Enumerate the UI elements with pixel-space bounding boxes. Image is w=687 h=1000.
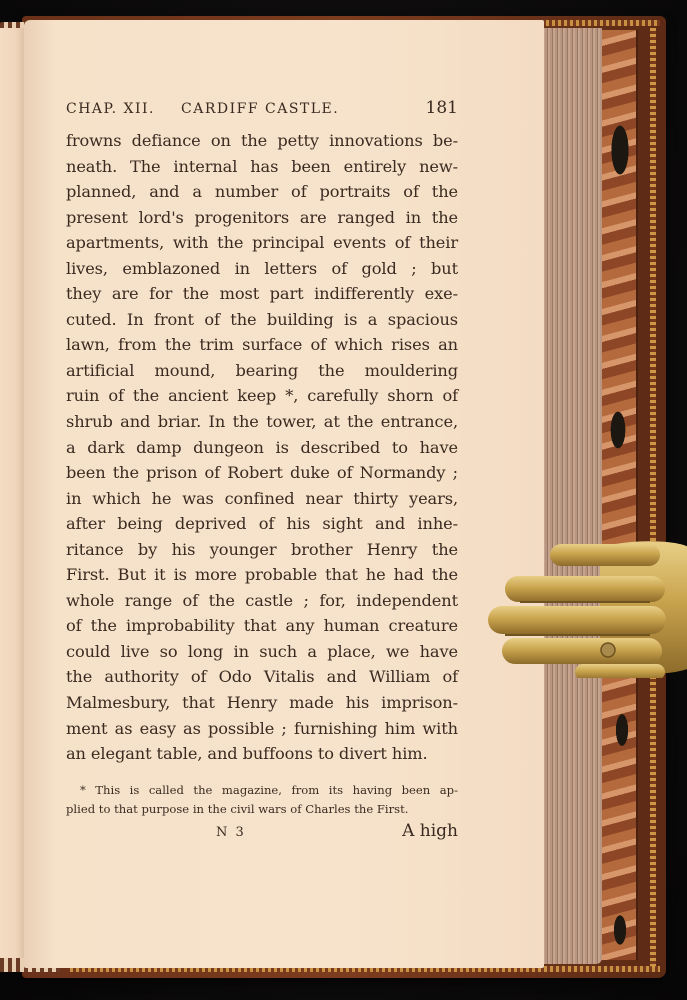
text-line: in which he was confined near thirty yea… bbox=[66, 486, 458, 512]
page-foot: N 3 A high bbox=[66, 821, 458, 841]
text-line: lives, emblazoned in letters of gold ; b… bbox=[66, 256, 458, 282]
text-line: after being deprived of his sight and in… bbox=[66, 511, 458, 537]
text-line: been the prison of Robert duke of Norman… bbox=[66, 460, 458, 486]
text-line: neath. The internal has been entirely ne… bbox=[66, 154, 458, 180]
text-line: frowns defiance on the petty innovations… bbox=[66, 128, 458, 154]
body-text: frowns defiance on the petty innovations… bbox=[66, 128, 458, 767]
gilt-border-right bbox=[650, 28, 656, 968]
text-line: ritance by his younger brother Henry the bbox=[66, 537, 458, 563]
text-line: First. But it is more probable that he h… bbox=[66, 562, 458, 588]
text-line: shrub and briar. In the tower, at the en… bbox=[66, 409, 458, 435]
page-block-edge bbox=[540, 28, 602, 964]
text-line: the authority of Odo Vitalis and William… bbox=[66, 664, 458, 690]
text-line: artificial mound, bearing the mouldering bbox=[66, 358, 458, 384]
catchword: A high bbox=[402, 821, 458, 841]
text-line: a dark damp dungeon is described to have bbox=[66, 435, 458, 461]
chapter-label: CHAP. XII. bbox=[66, 101, 155, 117]
page-number: 181 bbox=[426, 98, 458, 118]
brass-hand-page-holder bbox=[480, 538, 687, 678]
footnote-line: plied to that purpose in the civil wars … bbox=[66, 800, 458, 819]
running-head: CHAP. XII. CARDIFF CASTLE. 181 bbox=[66, 98, 458, 118]
text-line: lawn, from the trim surface of which ris… bbox=[66, 332, 458, 358]
footnote: * This is called the magazine, from its … bbox=[66, 781, 458, 819]
page-text-block: CHAP. XII. CARDIFF CASTLE. 181 frowns de… bbox=[66, 98, 458, 841]
text-line: they are for the most part indifferently… bbox=[66, 281, 458, 307]
text-line: present lord's progenitors are ranged in… bbox=[66, 205, 458, 231]
text-line: could live so long in such a place, we h… bbox=[66, 639, 458, 665]
text-line: of the improbability that any human crea… bbox=[66, 613, 458, 639]
text-line: apartments, with the principal events of… bbox=[66, 230, 458, 256]
signature-mark: N 3 bbox=[66, 825, 246, 840]
text-line: Malmesbury, that Henry made his imprison… bbox=[66, 690, 458, 716]
text-line: ment as easy as possible ; furnishing hi… bbox=[66, 716, 458, 742]
text-line: an elegant table, and buffoons to divert… bbox=[66, 741, 458, 767]
footnote-line: * This is called the magazine, from its … bbox=[66, 781, 458, 800]
text-line: ruin of the ancient keep *, carefully sh… bbox=[66, 383, 458, 409]
text-line: whole range of the castle ; for, indepen… bbox=[66, 588, 458, 614]
book-page: CHAP. XII. CARDIFF CASTLE. 181 frowns de… bbox=[24, 20, 544, 968]
text-line: cuted. In front of the building is a spa… bbox=[66, 307, 458, 333]
marbled-endpaper bbox=[600, 30, 638, 960]
running-title: CARDIFF CASTLE. bbox=[155, 101, 426, 117]
text-line: planned, and a number of portraits of th… bbox=[66, 179, 458, 205]
left-page-sliver bbox=[0, 28, 26, 963]
